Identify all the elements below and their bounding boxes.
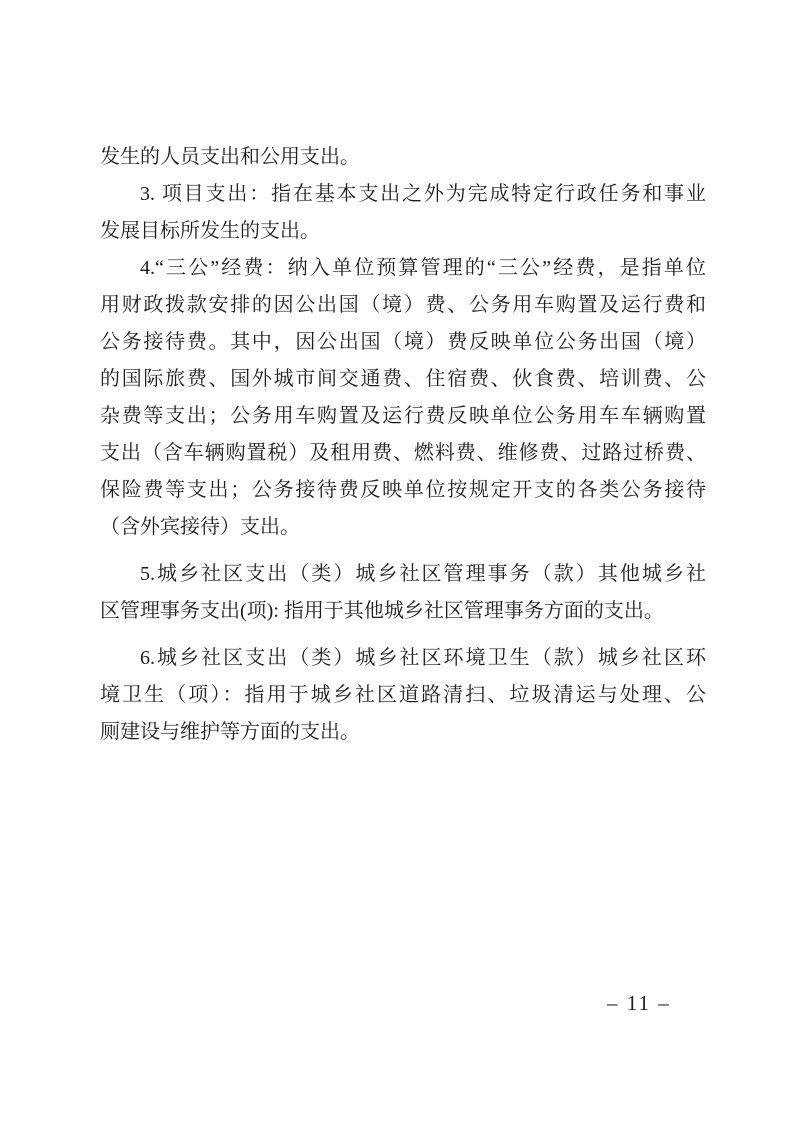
document-body: 发生的人员支出和公用支出。3. 项目支出：指在基本支出之外为完成特定行政任务和事… bbox=[100, 139, 706, 751]
text-line: 发生的人员支出和公用支出。 bbox=[100, 139, 706, 176]
text-line: 厕建设与维护等方面的支出。 bbox=[100, 714, 706, 751]
text-line: 杂费等支出；公务用车购置及运行费反映单位公务用车车辆购置 bbox=[100, 398, 706, 435]
text-line: 公务接待费。其中，因公出国（境）费反映单位公务出国（境） bbox=[100, 324, 706, 361]
page-number: – 11 – bbox=[607, 991, 671, 1016]
text-line: 区管理事务支出(项): 指用于其他城乡社区管理事务方面的支出。 bbox=[100, 593, 706, 630]
text-line: 6.城乡社区支出（类）城乡社区环境卫生（款）城乡社区环 bbox=[100, 640, 706, 677]
para-continuation: 发生的人员支出和公用支出。 bbox=[100, 139, 706, 176]
document-page: 发生的人员支出和公用支出。3. 项目支出：指在基本支出之外为完成特定行政任务和事… bbox=[0, 0, 793, 1122]
text-line: 境卫生（项）：指用于城乡社区道路清扫、垃圾清运与处理、公 bbox=[100, 677, 706, 714]
text-line: （含外宾接待）支出。 bbox=[100, 509, 706, 546]
text-line: 5.城乡社区支出（类）城乡社区管理事务（款）其他城乡社 bbox=[100, 556, 706, 593]
para-item-5-community-management: 5.城乡社区支出（类）城乡社区管理事务（款）其他城乡社区管理事务支出(项): 指… bbox=[100, 556, 706, 630]
para-item-4-sangong-funds: 4.“三公”经费：纳入单位预算管理的“三公”经费，是指单位用财政拨款安排的因公出… bbox=[100, 250, 706, 546]
text-line: 4.“三公”经费：纳入单位预算管理的“三公”经费，是指单位 bbox=[100, 250, 706, 287]
text-line: 支出（含车辆购置税）及租用费、燃料费、维修费、过路过桥费、 bbox=[100, 435, 706, 472]
text-line: 3. 项目支出：指在基本支出之外为完成特定行政任务和事业 bbox=[100, 176, 706, 213]
text-line: 发展目标所发生的支出。 bbox=[100, 213, 706, 250]
text-line: 用财政拨款安排的因公出国（境）费、公务用车购置及运行费和 bbox=[100, 287, 706, 324]
para-item-3-project-expenditure: 3. 项目支出：指在基本支出之外为完成特定行政任务和事业发展目标所发生的支出。 bbox=[100, 176, 706, 250]
para-item-6-community-sanitation: 6.城乡社区支出（类）城乡社区环境卫生（款）城乡社区环境卫生（项）：指用于城乡社… bbox=[100, 640, 706, 751]
text-line: 保险费等支出；公务接待费反映单位按规定开支的各类公务接待 bbox=[100, 472, 706, 509]
text-line: 的国际旅费、国外城市间交通费、住宿费、伙食费、培训费、公 bbox=[100, 361, 706, 398]
